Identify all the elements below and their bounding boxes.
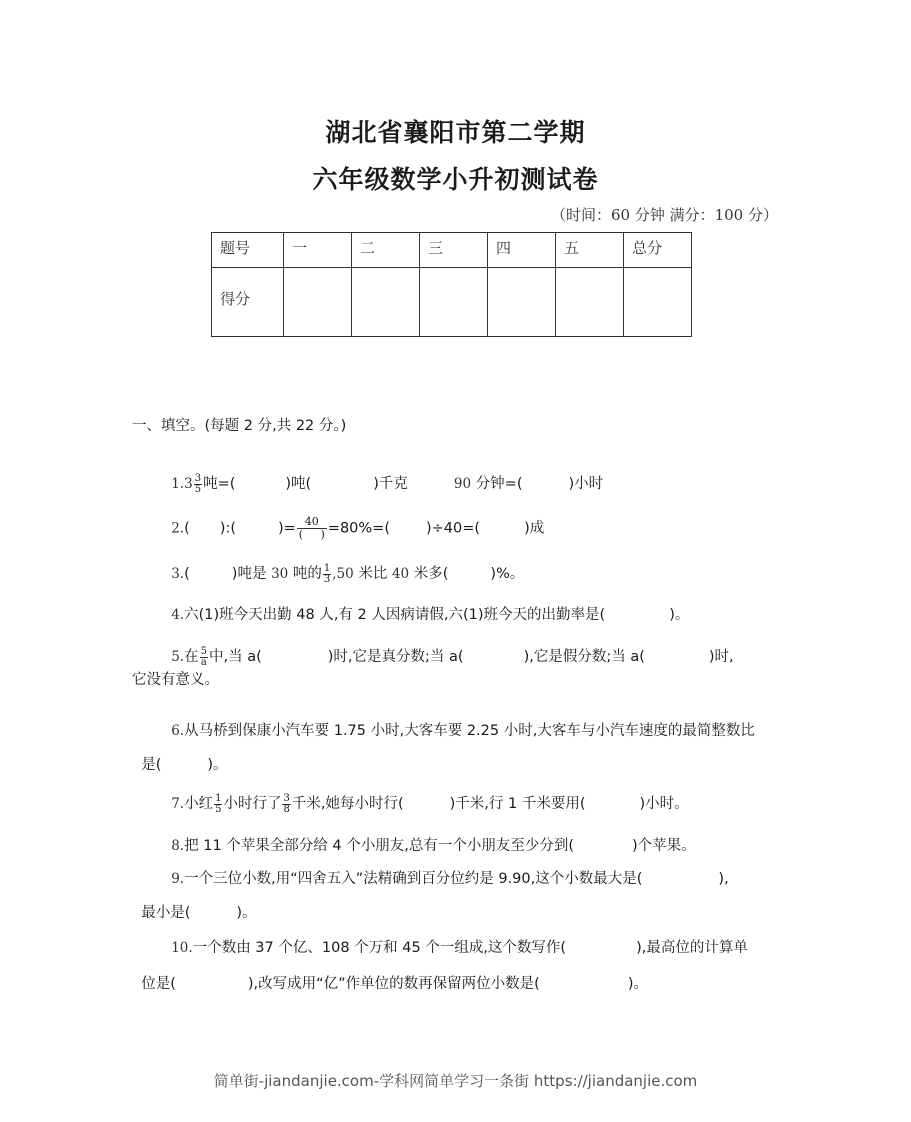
score-row-label: 得分 (212, 268, 284, 337)
question-9-line-2: 最小是()。 (132, 885, 257, 922)
score-cell (420, 268, 488, 337)
question-5: 5.在5a中,当 a()时,它是真分数;当 a(),它是假分数;当 a()时, (162, 629, 734, 668)
section-1-heading: 一、填空。(每题 2 分,共 22 分。) (132, 414, 346, 435)
question-10: 10.一个数由 37 个亿、108 个万和 45 个一组成,这个数写作(),最高… (162, 920, 748, 957)
fraction: 38 (282, 794, 290, 815)
question-6: 6.从马桥到保康小汽车要 1.75 小时,大客车要 2.25 小时,大客车与小汽… (162, 703, 755, 740)
score-table-header-row: 题号 一 二 三 四 五 总分 (212, 233, 692, 268)
score-table-score-row: 得分 (212, 268, 692, 337)
question-5-line-2: 它没有意义。 (132, 668, 219, 689)
question-9: 9.一个三位小数,用“四舍五入”法精确到百分位约是 9.90,这个小数最大是()… (162, 851, 729, 888)
header-cell: 五 (556, 233, 624, 268)
question-7: 7.小红15小时行了38千米,她每小时行()千米,行 1 千米要用()小时。 (162, 776, 689, 815)
exam-meta: （时间：60 分钟 满分：100 分） (551, 204, 778, 225)
question-3: 3.()吨是 30 吨的13,50 米比 40 米多()%。 (162, 546, 524, 585)
question-6-line-2: 是()。 (132, 737, 228, 774)
score-cell (556, 268, 624, 337)
question-8: 8.把 11 个苹果全部分给 4 个小朋友,总有一个小朋友至少分到()个苹果。 (162, 818, 696, 855)
score-cell (284, 268, 352, 337)
header-cell: 一 (284, 233, 352, 268)
fraction: 15 (214, 794, 222, 815)
question-10-line-2: 位是(),改写成用“亿”作单位的数再保留两位小数是()。 (132, 956, 648, 993)
score-cell (352, 268, 420, 337)
header-cell: 二 (352, 233, 420, 268)
header-cell: 总分 (624, 233, 692, 268)
score-table: 题号 一 二 三 四 五 总分 得分 (211, 232, 692, 337)
fraction: 40( ) (297, 516, 327, 541)
title-line-1: 湖北省襄阳市第二学期 (0, 113, 911, 149)
header-cell: 题号 (212, 233, 284, 268)
score-cell (488, 268, 556, 337)
header-cell: 三 (420, 233, 488, 268)
fraction: 13 (323, 564, 331, 585)
watermark: 简单街-jiandanjie.com-学科网简单学习一条街 https://ji… (0, 1070, 911, 1091)
question-2: 2.():()=40( )=80%=()÷40=()成 (162, 500, 544, 541)
fraction: 5a (200, 647, 208, 668)
question-1: 1.335吨=()吨()千克90 分钟=()小时 (162, 456, 603, 495)
score-cell (624, 268, 692, 337)
question-4: 4.六(1)班今天出勤 48 人,有 2 人因病请假,六(1)班今天的出勤率是(… (162, 587, 689, 624)
fraction: 35 (194, 474, 202, 495)
title-line-2: 六年级数学小升初测试卷 (0, 160, 911, 196)
header-cell: 四 (488, 233, 556, 268)
